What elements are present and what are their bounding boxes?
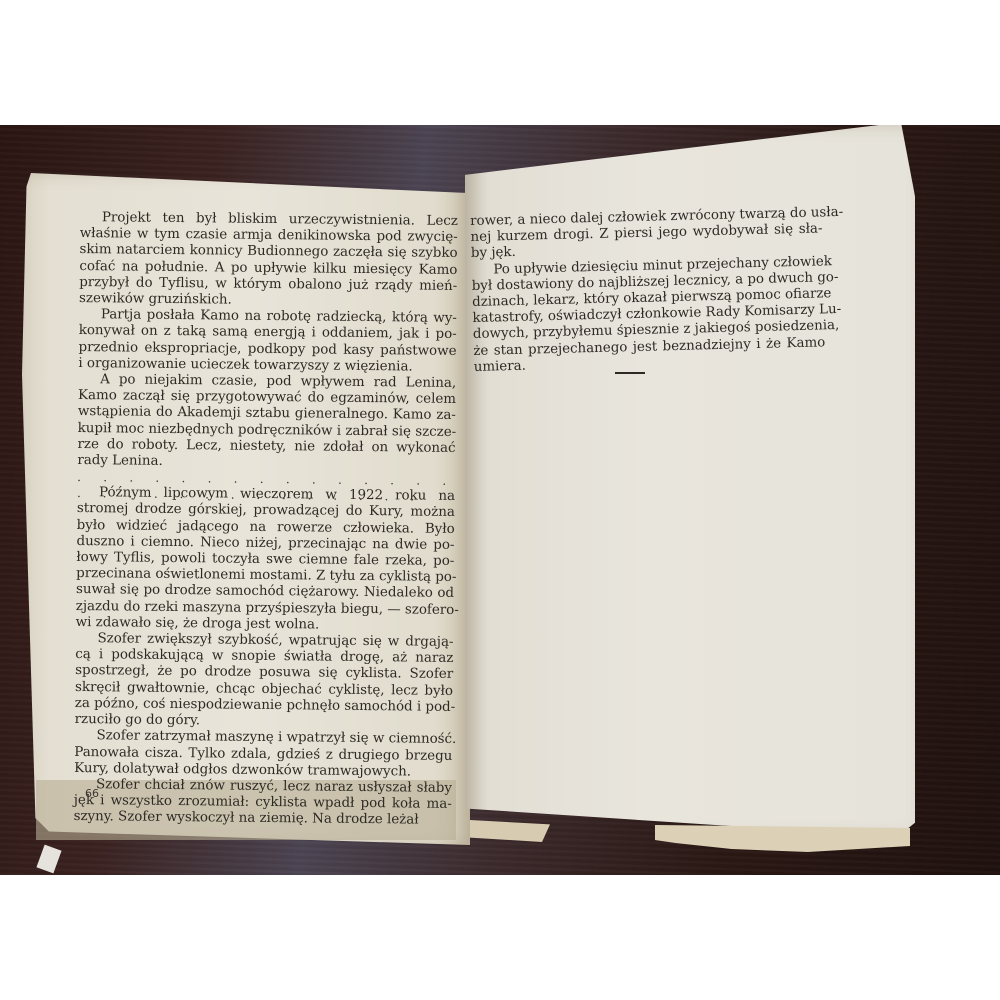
paragraph: Szofer zatrzymał maszynę i wpatrzył się … (74, 728, 452, 781)
paragraph: Szofer zwiększył szybkość, wpatrując się… (75, 631, 454, 732)
paragraph: rower, a nieco dalej człowiek zwrócony t… (470, 205, 823, 262)
right-page-text: rower, a nieco dalej człowiek zwrócony t… (470, 205, 826, 376)
chapter-end-rule (615, 372, 645, 374)
paragraph: A po niejakim czasie, pod wpływem rad Le… (77, 372, 456, 473)
paragraph: Partja posłała Kamo na robotę radziecką,… (78, 307, 457, 376)
paragraph: Po upływie dziesięciu minut przejechany … (471, 254, 826, 376)
page-number: 66 (85, 787, 99, 800)
paragraph: Projekt ten był bliskim urzeczywistnieni… (79, 210, 458, 311)
left-page-text: Projekt ten był bliskim urzeczywistnieni… (74, 210, 458, 829)
paragraph: Późnym lipcowym wieczorem w 1922 roku na… (76, 485, 456, 635)
paragraph: Szofer chciał znów ruszyć, lecz naraz us… (74, 777, 452, 830)
